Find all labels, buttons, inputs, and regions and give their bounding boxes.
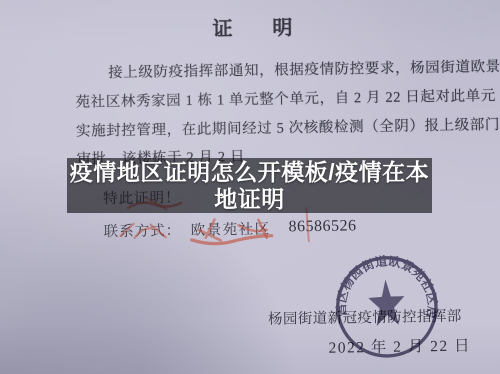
body-line-2: 苑社区林秀家园 1 栋 1 单元整个单元，自 2 月 22 日起对此单元 [75,84,496,112]
body-line-1: 接上级防疫指挥部通知，根据疫情防控要求，杨园街道欧景 [108,55,500,82]
caption-line-1: 疫情地区证明怎么开模板/疫情在本 [70,159,429,186]
body-line-3: 实施封控管理，在此期间经过 5 次核酸检测（全阴）报上级部门 [76,113,500,141]
caption-banner: 疫情地区证明怎么开模板/疫情在本 地证明 [67,158,432,213]
caption-line-2: 地证明 [214,186,285,213]
official-seal: 昌区杨园街道欧景苑社区居民 [330,250,443,363]
certificate-title: 证 明 [0,8,500,45]
contact-name: 欧景苑社区 [190,218,270,240]
seal-star-icon [367,279,405,327]
photo-of-certificate: 证 明 接上级防疫指挥部通知，根据疫情防控要求，杨园街道欧景 苑社区林秀家园 1… [0,0,500,374]
contact-phone: 86586526 [288,217,356,236]
contact-label: 联系方式： [103,219,181,241]
